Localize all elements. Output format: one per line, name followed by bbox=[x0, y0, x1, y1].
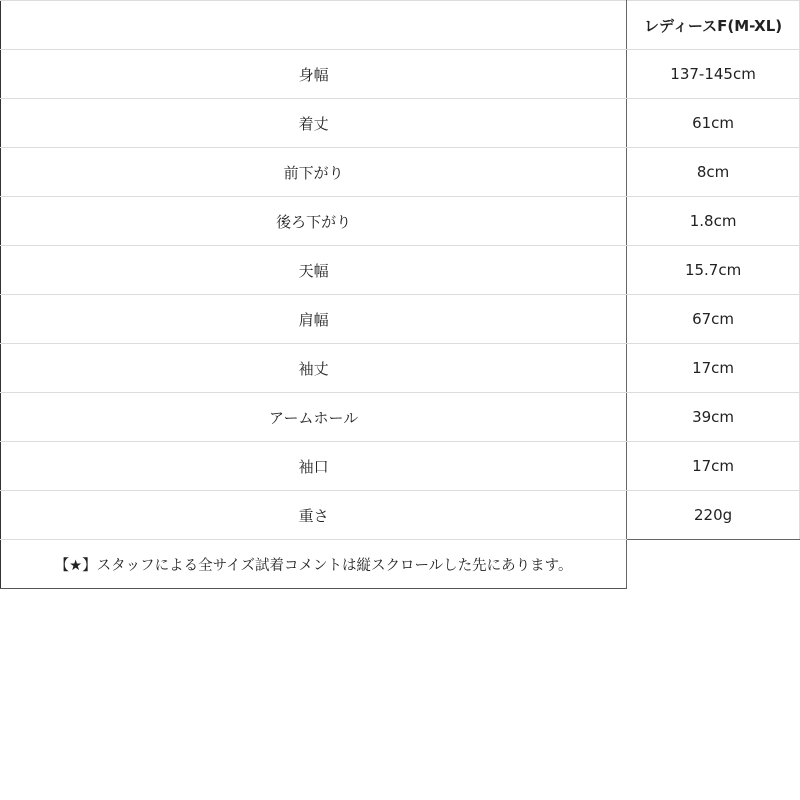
row-label: 袖丈 bbox=[1, 344, 627, 393]
row-value: 220g bbox=[627, 491, 800, 540]
row-label: 肩幅 bbox=[1, 295, 627, 344]
row-value: 17cm bbox=[627, 344, 800, 393]
row-value: 39cm bbox=[627, 393, 800, 442]
row-label: 前下がり bbox=[1, 148, 627, 197]
header-size-cell: レディースF(M-XL) bbox=[627, 1, 800, 50]
row-label: 袖口 bbox=[1, 442, 627, 491]
row-value: 15.7cm bbox=[627, 246, 800, 295]
table-row: 着丈 61cm bbox=[1, 99, 800, 148]
row-value: 1.8cm bbox=[627, 197, 800, 246]
row-value: 17cm bbox=[627, 442, 800, 491]
footer-note: 【★】スタッフによる全サイズ試着コメントは縦スクロールした先にあります。 bbox=[1, 540, 627, 589]
table-row: アームホール 39cm bbox=[1, 393, 800, 442]
row-label: 天幅 bbox=[1, 246, 627, 295]
table-row: 後ろ下がり 1.8cm bbox=[1, 197, 800, 246]
table-row: 肩幅 67cm bbox=[1, 295, 800, 344]
row-label: アームホール bbox=[1, 393, 627, 442]
table-row: 袖丈 17cm bbox=[1, 344, 800, 393]
header-label-cell bbox=[1, 1, 627, 50]
row-label: 重さ bbox=[1, 491, 627, 540]
footer-row: 【★】スタッフによる全サイズ試着コメントは縦スクロールした先にあります。 bbox=[1, 540, 800, 589]
footer-empty-cell bbox=[627, 540, 800, 589]
size-table: レディースF(M-XL) 身幅 137-145cm 着丈 61cm 前下がり 8… bbox=[0, 0, 800, 589]
row-label: 着丈 bbox=[1, 99, 627, 148]
table-row: 身幅 137-145cm bbox=[1, 50, 800, 99]
table-row: 前下がり 8cm bbox=[1, 148, 800, 197]
table-row: 天幅 15.7cm bbox=[1, 246, 800, 295]
row-value: 61cm bbox=[627, 99, 800, 148]
header-row: レディースF(M-XL) bbox=[1, 1, 800, 50]
row-value: 137-145cm bbox=[627, 50, 800, 99]
row-value: 67cm bbox=[627, 295, 800, 344]
table-row: 重さ 220g bbox=[1, 491, 800, 540]
row-value: 8cm bbox=[627, 148, 800, 197]
table-row: 袖口 17cm bbox=[1, 442, 800, 491]
row-label: 後ろ下がり bbox=[1, 197, 627, 246]
row-label: 身幅 bbox=[1, 50, 627, 99]
